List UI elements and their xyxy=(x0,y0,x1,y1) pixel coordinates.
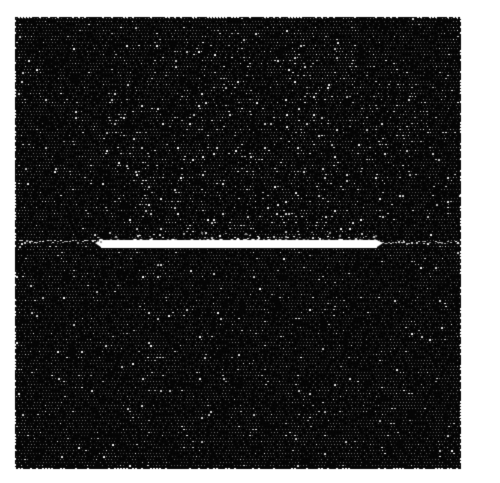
micrograph-figure xyxy=(0,0,500,483)
micrograph-image xyxy=(0,0,500,483)
